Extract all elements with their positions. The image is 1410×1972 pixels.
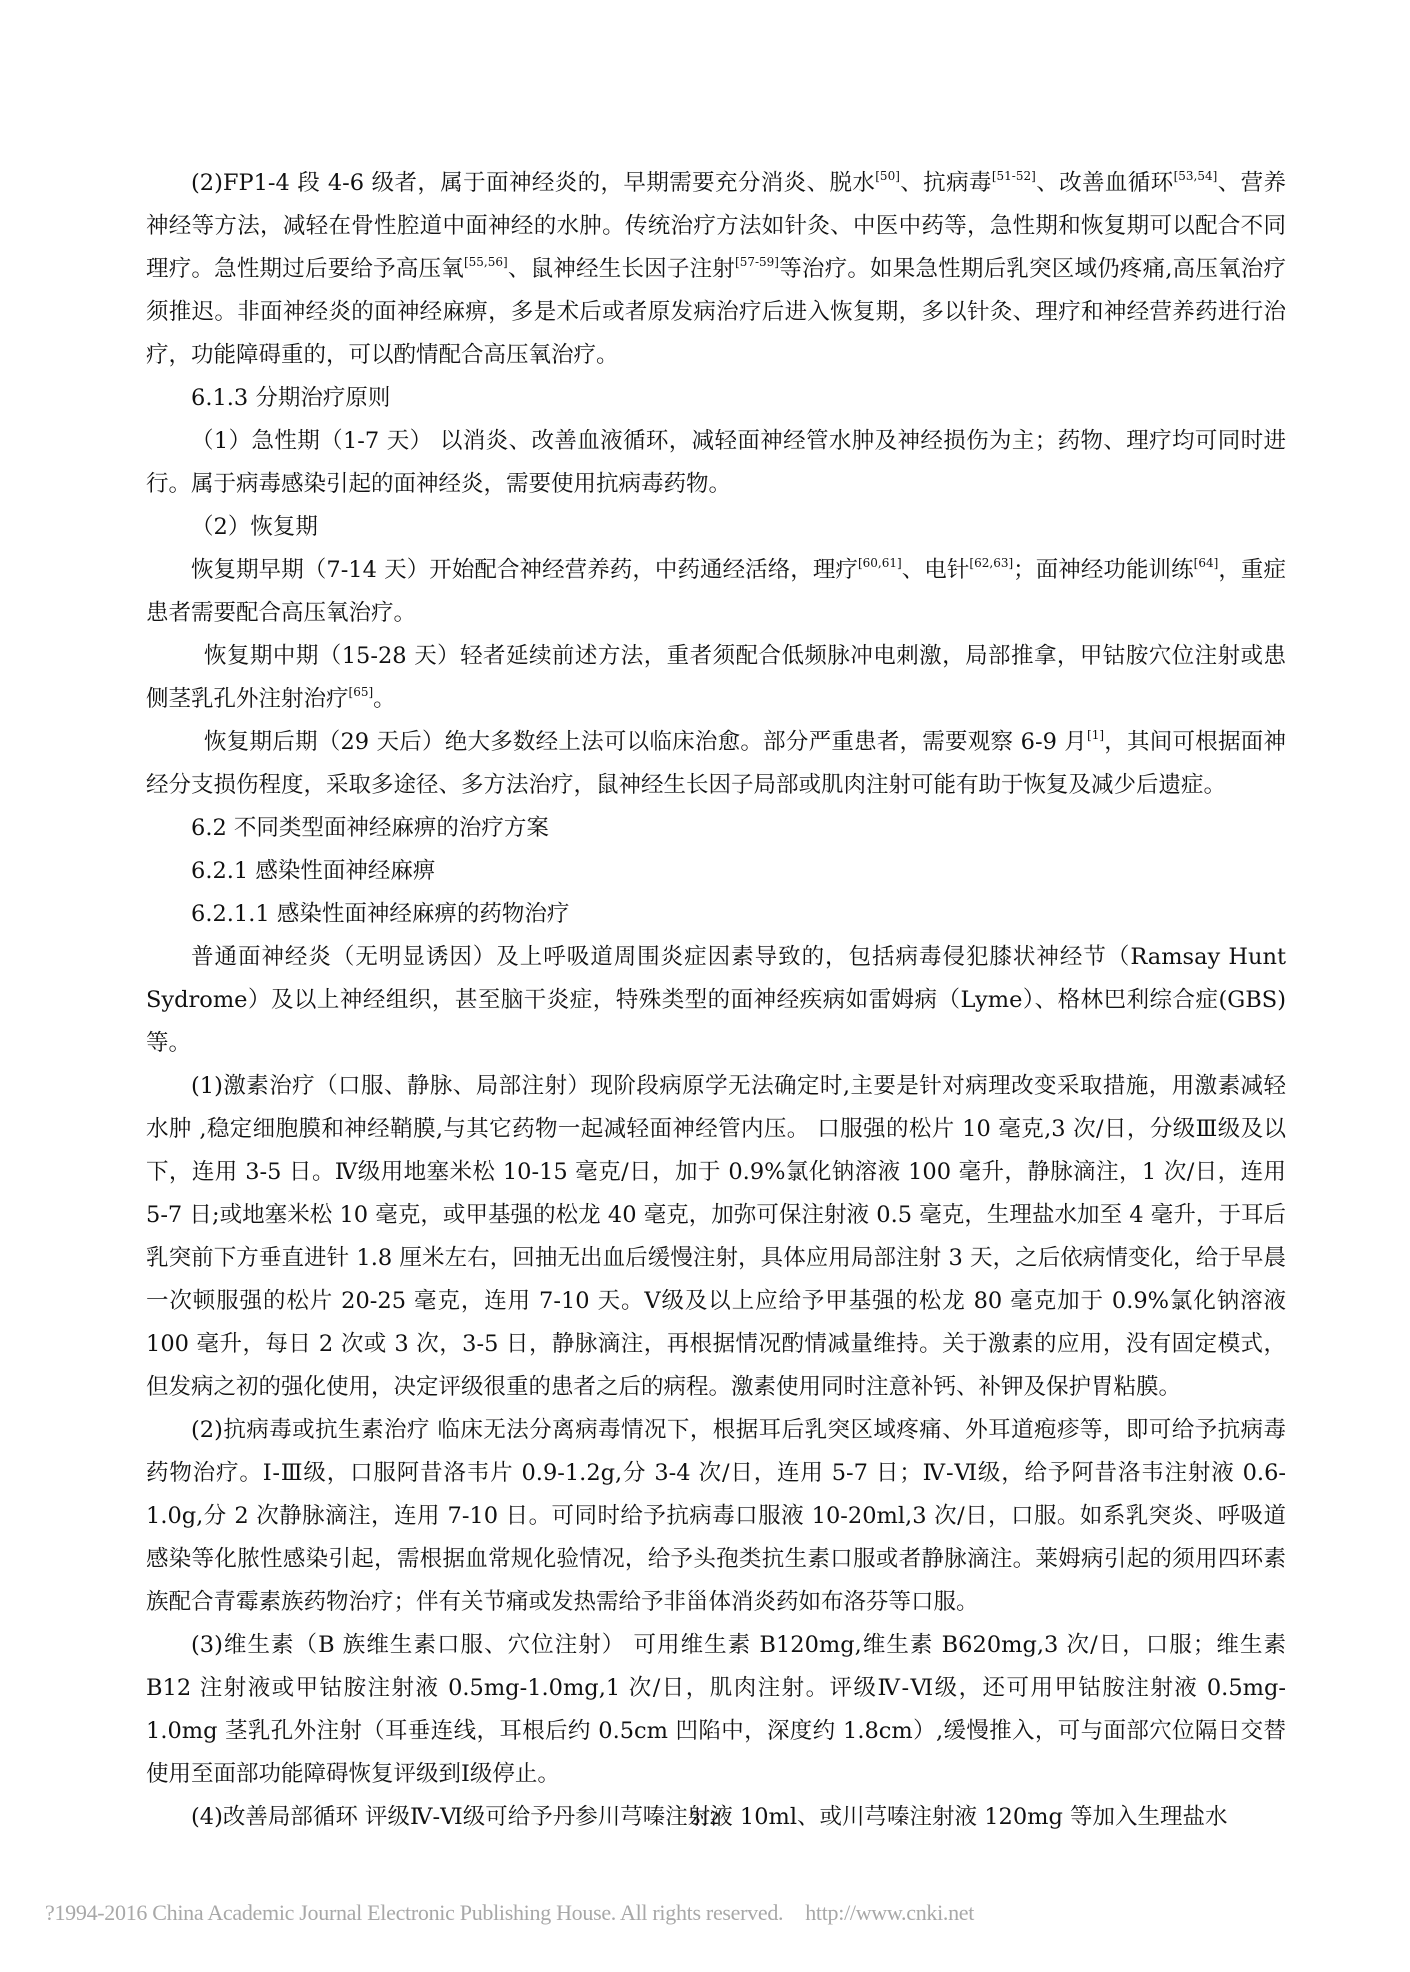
paragraph: (2)FP1-4 段 4-6 级者，属于面神经炎的，早期需要充分消炎、脱水[50…: [146, 162, 1286, 377]
text-run: (3)维生素（B 族维生素口服、穴位注射） 可用维生素 B120mg,维生素 B…: [146, 1632, 1286, 1787]
paragraph: 恢复期后期（29 天后）绝大多数经上法可以临床治愈。部分严重患者，需要观察 6-…: [146, 721, 1286, 807]
text-run: 6.2 不同类型面神经麻痹的治疗方案: [191, 815, 549, 841]
text-run: 6.2.1.1 感染性面神经麻痹的药物治疗: [191, 901, 569, 927]
text-run: ；面神经功能训练: [1013, 557, 1194, 583]
citation-reference: [55,56]: [464, 255, 508, 269]
text-run: (1)激素治疗（口服、静脉、局部注射）现阶段病原学无法确定时,主要是针对病理改变…: [146, 1073, 1286, 1400]
paragraph: （1）急性期（1-7 天） 以消炎、改善血液循环，减轻面神经管水肿及神经损伤为主…: [146, 420, 1286, 506]
paragraph: 普通面神经炎（无明显诱因）及上呼吸道周围炎症因素导致的，包括病毒侵犯膝状神经节（…: [146, 936, 1286, 1065]
text-run: 6.2.1 感染性面神经麻痹: [191, 858, 435, 884]
citation-reference: [1]: [1087, 728, 1104, 742]
citation-reference: [51-52]: [992, 169, 1036, 183]
text-run: （1）急性期（1-7 天） 以消炎、改善血液循环，减轻面神经管水肿及神经损伤为主…: [146, 428, 1286, 497]
text-run: 。: [373, 686, 396, 712]
citation-reference: [62,63]: [969, 556, 1013, 570]
citation-reference: [65]: [349, 685, 374, 699]
text-run: （2）恢复期: [191, 514, 318, 540]
text-run: 、改善血循环: [1036, 170, 1174, 196]
section-heading: （2）恢复期: [146, 506, 1286, 549]
text-run: 、抗病毒: [900, 170, 992, 196]
paragraph: (2)抗病毒或抗生素治疗 临床无法分离病毒情况下，根据耳后乳突区域疼痛、外耳道疱…: [146, 1409, 1286, 1624]
footer-url: http://www.cnki.net: [805, 1900, 974, 1925]
page-number: 312: [0, 1808, 1410, 1830]
text-run: (2)FP1-4 段 4-6 级者，属于面神经炎的，早期需要充分消炎、脱水: [191, 170, 875, 196]
text-run: 恢复期早期（7-14 天）开始配合神经营养药，中药通经活络，理疗: [191, 557, 858, 583]
text-run: 恢复期后期（29 天后）绝大多数经上法可以临床治愈。部分严重患者，需要观察 6-…: [204, 729, 1087, 755]
text-run: 、电针: [902, 557, 970, 583]
paragraph: (1)激素治疗（口服、静脉、局部注射）现阶段病原学无法确定时,主要是针对病理改变…: [146, 1065, 1286, 1409]
paragraph: 恢复期中期（15-28 天）轻者延续前述方法，重者须配合低频脉冲电刺激，局部推拿…: [146, 635, 1286, 721]
text-run: 普通面神经炎（无明显诱因）及上呼吸道周围炎症因素导致的，包括病毒侵犯膝状神经节（…: [146, 944, 1286, 1056]
copyright-text: ?1994-2016 China Academic Journal Electr…: [45, 1900, 783, 1925]
document-body: (2)FP1-4 段 4-6 级者，属于面神经炎的，早期需要充分消炎、脱水[50…: [146, 162, 1286, 1839]
citation-reference: [53,54]: [1174, 169, 1218, 183]
section-heading: 6.1.3 分期治疗原则: [146, 377, 1286, 420]
copyright-footer: ?1994-2016 China Academic Journal Electr…: [45, 1900, 1365, 1926]
section-heading: 6.2.1 感染性面神经麻痹: [146, 850, 1286, 893]
paragraph: (3)维生素（B 族维生素口服、穴位注射） 可用维生素 B120mg,维生素 B…: [146, 1624, 1286, 1796]
paragraph: 恢复期早期（7-14 天）开始配合神经营养药，中药通经活络，理疗[60,61]、…: [146, 549, 1286, 635]
citation-reference: [60,61]: [858, 556, 902, 570]
text-run: 恢复期中期（15-28 天）轻者延续前述方法，重者须配合低频脉冲电刺激，局部推拿…: [146, 643, 1286, 712]
citation-reference: [57-59]: [735, 255, 779, 269]
text-run: 6.1.3 分期治疗原则: [191, 385, 390, 411]
citation-reference: [50]: [875, 169, 900, 183]
section-heading: 6.2 不同类型面神经麻痹的治疗方案: [146, 807, 1286, 850]
text-run: (2)抗病毒或抗生素治疗 临床无法分离病毒情况下，根据耳后乳突区域疼痛、外耳道疱…: [146, 1417, 1286, 1615]
text-run: 、鼠神经生长因子注射: [508, 256, 735, 282]
section-heading: 6.2.1.1 感染性面神经麻痹的药物治疗: [146, 893, 1286, 936]
citation-reference: [64]: [1194, 556, 1219, 570]
